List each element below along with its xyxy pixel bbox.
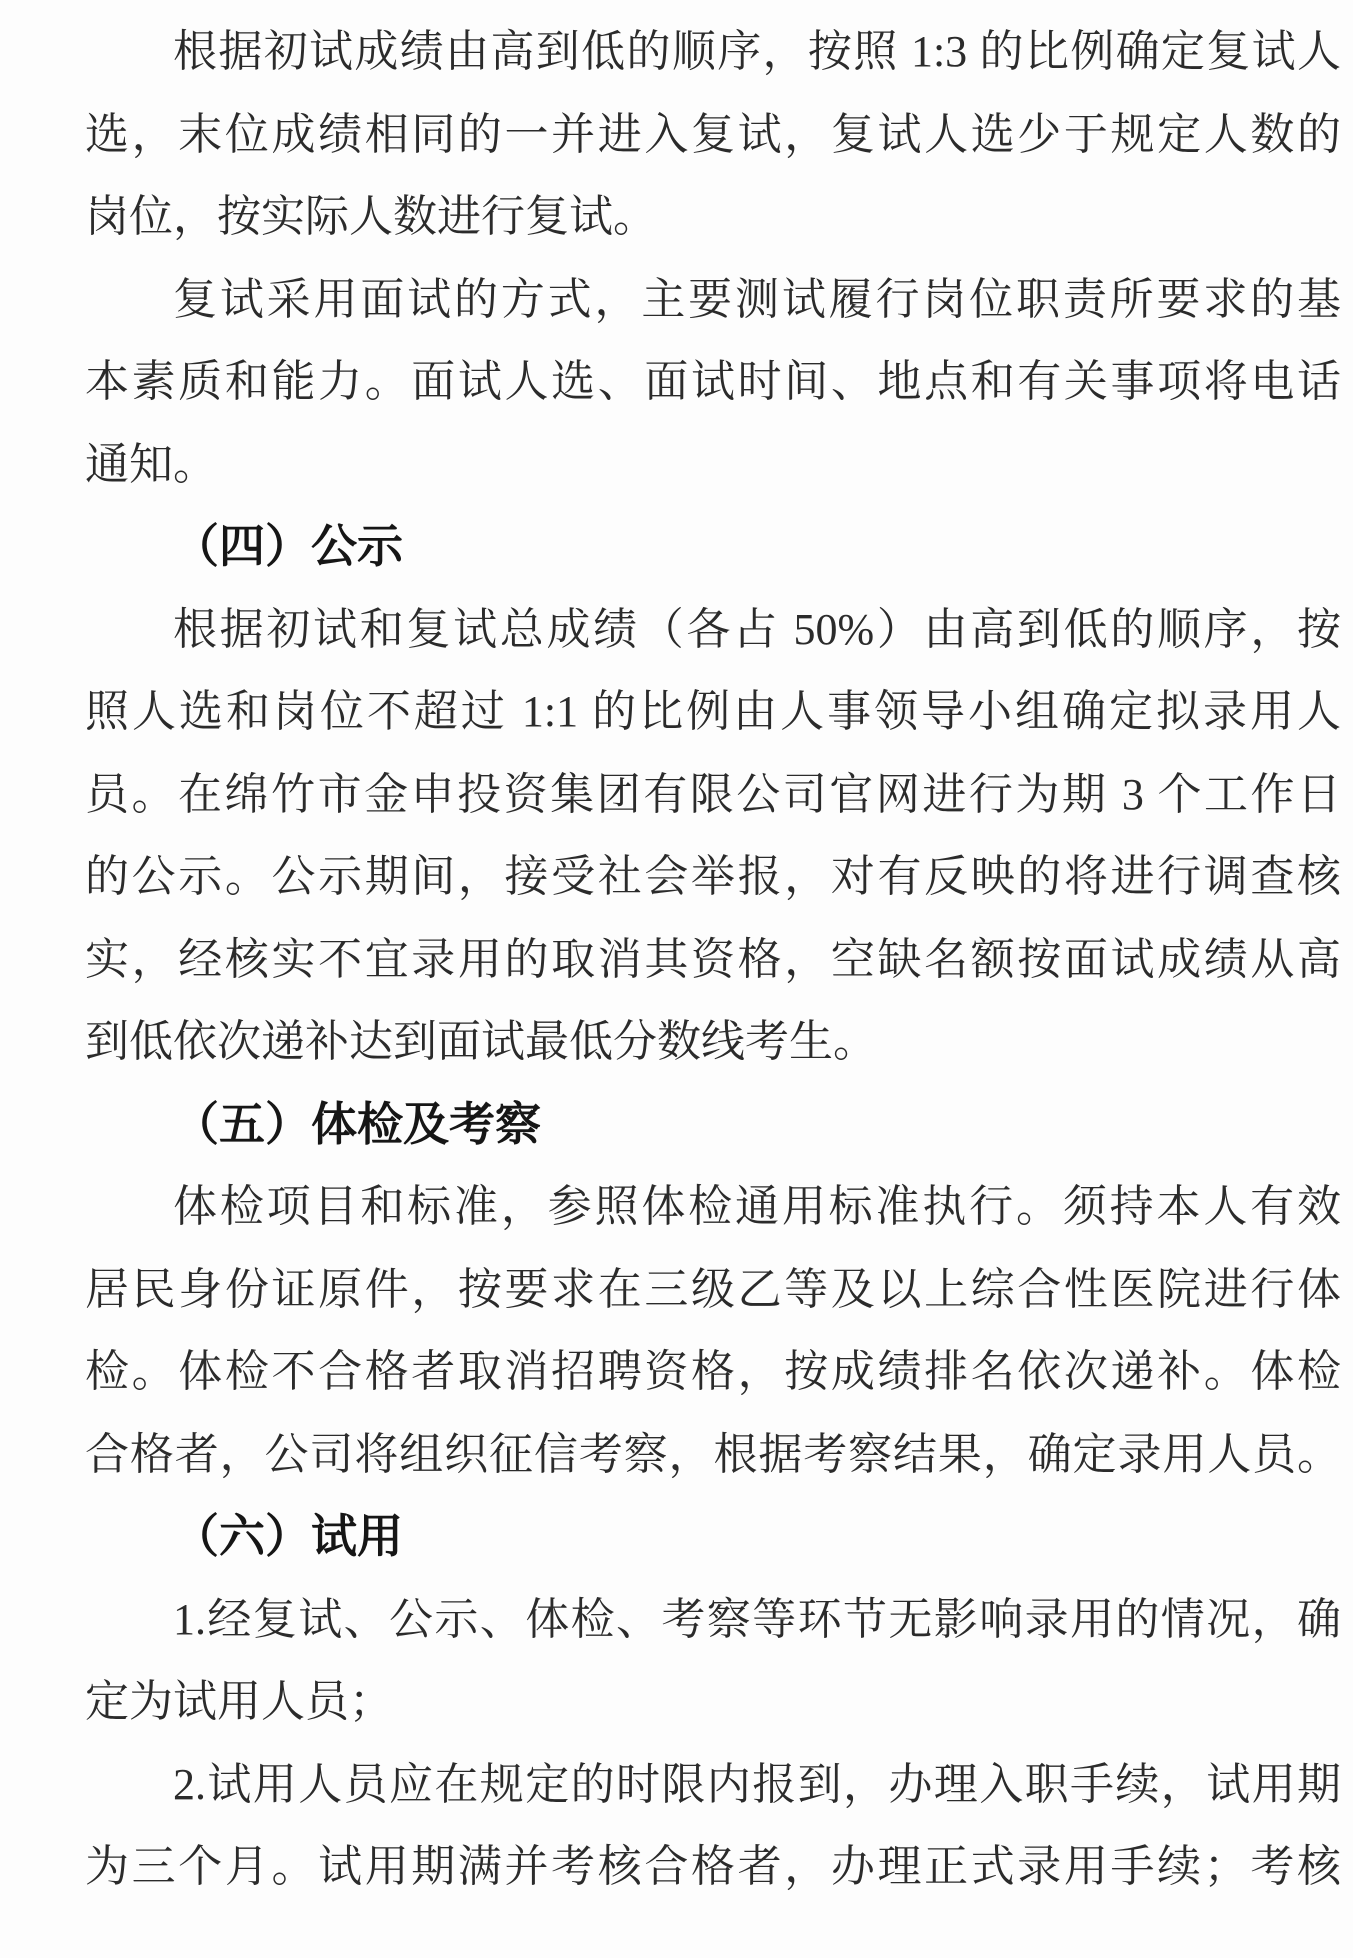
text-line: 1.经复试、公示、体检、考察等环节无影响录用的情况，确 <box>85 1579 1341 1662</box>
text-line: 选，末位成绩相同的一并进入复试，复试人选少于规定人数的 <box>85 94 1341 177</box>
text-line: 到低依次递补达到面试最低分数线考生。 <box>85 1001 1341 1084</box>
text-line: 合格者，公司将组织征信考察，根据考察结果，确定录用人员。 <box>85 1414 1341 1497</box>
document-text-block: 根据初试成绩由高到低的顺序，按照 1:3 的比例确定复试人 选，末位成绩相同的一… <box>85 11 1341 1909</box>
text-line: 的公示。公示期间，接受社会举报，对有反映的将进行调查核 <box>85 836 1341 919</box>
heading-section-4-public-notice: （四）公示 <box>85 506 1341 589</box>
text-line: 检。体检不合格者取消招聘资格，按成绩排名依次递补。体检 <box>85 1331 1341 1414</box>
text-line: 居民身份证原件，按要求在三级乙等及以上综合性医院进行体 <box>85 1249 1341 1332</box>
text-line: 根据初试成绩由高到低的顺序，按照 1:3 的比例确定复试人 <box>85 11 1341 94</box>
heading-section-5-physical-exam-and-inspection: （五）体检及考察 <box>85 1084 1341 1167</box>
text-line: 为三个月。试用期满并考核合格者，办理正式录用手续；考核 <box>85 1826 1341 1909</box>
text-line: 员。在绵竹市金申投资集团有限公司官网进行为期 3 个工作日 <box>85 754 1341 837</box>
heading-section-6-probation: （六）试用 <box>85 1496 1341 1579</box>
text-line: 通知。 <box>85 424 1341 507</box>
text-line: 根据初试和复试总成绩（各占 50%）由高到低的顺序，按 <box>85 589 1341 672</box>
text-line: 2.试用人员应在规定的时限内报到，办理入职手续，试用期 <box>85 1744 1341 1827</box>
text-line: 实，经核实不宜录用的取消其资格，空缺名额按面试成绩从高 <box>85 919 1341 1002</box>
text-line: 照人选和岗位不超过 1:1 的比例由人事领导小组确定拟录用人 <box>85 671 1341 754</box>
text-line: 本素质和能力。面试人选、面试时间、地点和有关事项将电话 <box>85 341 1341 424</box>
text-line: 岗位，按实际人数进行复试。 <box>85 176 1341 259</box>
text-line: 复试采用面试的方式，主要测试履行岗位职责所要求的基 <box>85 259 1341 342</box>
text-line: 定为试用人员； <box>85 1661 1341 1744</box>
scanned-document-page: 根据初试成绩由高到低的顺序，按照 1:3 的比例确定复试人 选，末位成绩相同的一… <box>0 0 1353 1958</box>
text-line: 体检项目和标准，参照体检通用标准执行。须持本人有效 <box>85 1166 1341 1249</box>
